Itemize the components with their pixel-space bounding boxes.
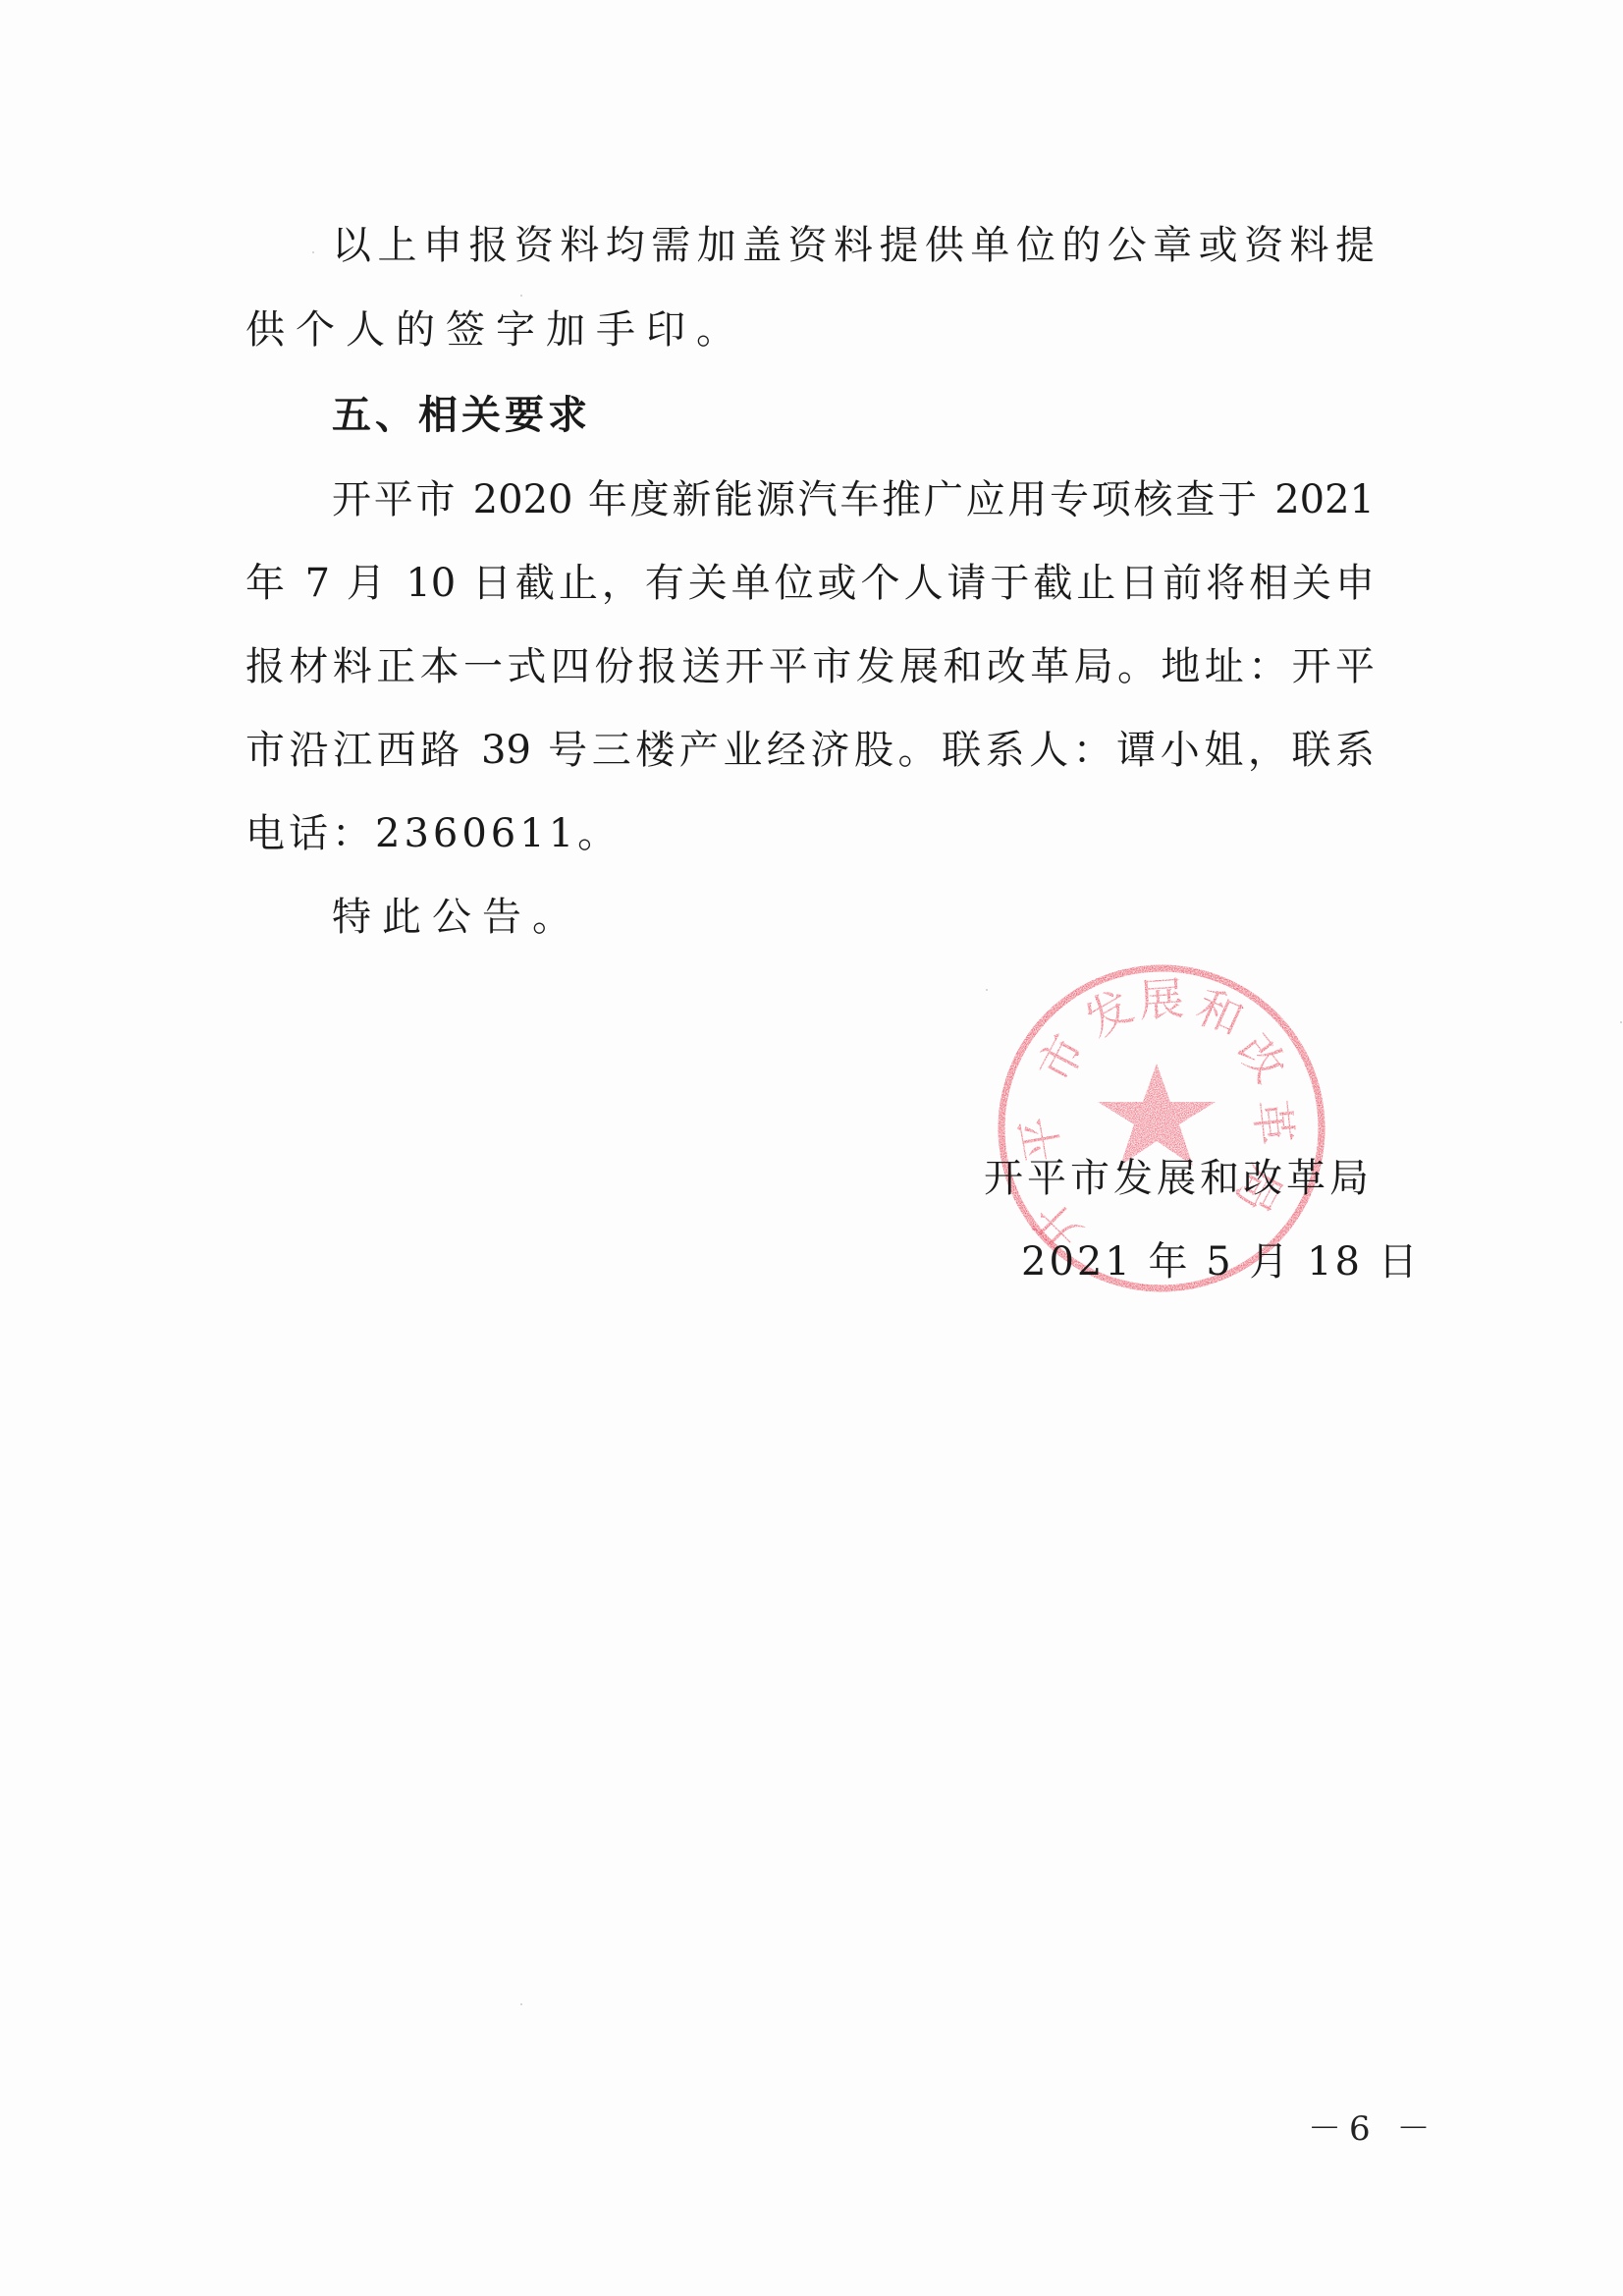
seal-char: 展 (1137, 971, 1186, 1027)
paragraph-line: 供个人的签字加手印。 (245, 305, 1375, 355)
section-heading: 五、相关要求 (332, 391, 1375, 440)
scan-artifact (312, 251, 314, 253)
paragraph-line: 年 7 月 10 日截止，有关单位或个人请于截止日前将相关申 (245, 559, 1375, 608)
seal-char: 改 (1227, 1024, 1297, 1092)
scan-artifact (520, 2003, 522, 2005)
star-icon (1098, 1064, 1216, 1166)
paragraph-line: 市沿江西路 39 号三楼产业经济股。联系人：谭小姐，联系 (245, 726, 1375, 775)
paragraph-line: 报材料正本一式四份报送开平市发展和改革局。地址：开平 (245, 642, 1375, 691)
scan-artifact (1620, 1021, 1622, 1023)
page-number: －6 － (1308, 2109, 1437, 2149)
paragraph-line: 开平市 2020 年度新能源汽车推广应用专项核查于 2021 (332, 475, 1375, 524)
seal-char: 市 (1028, 1026, 1096, 1091)
scan-artifact (520, 295, 522, 297)
signature-organization: 开平市发展和改革局 (984, 1154, 1373, 1203)
scan-artifact (986, 989, 988, 991)
closing-text: 特此公告。 (332, 893, 1375, 942)
signature-date: 2021 年 5 月 18 日 (1021, 1237, 1421, 1286)
seal-char: 革 (1244, 1097, 1302, 1147)
paragraph-line: 电话：2360611。 (245, 809, 1375, 858)
document-page: 以上申报资料均需加盖资料提供单位的公章或资料提 供个人的签字加手印。 五、相关要… (0, 0, 1623, 2296)
paragraph-line: 以上申报资料均需加盖资料提供单位的公章或资料提 (332, 221, 1375, 270)
